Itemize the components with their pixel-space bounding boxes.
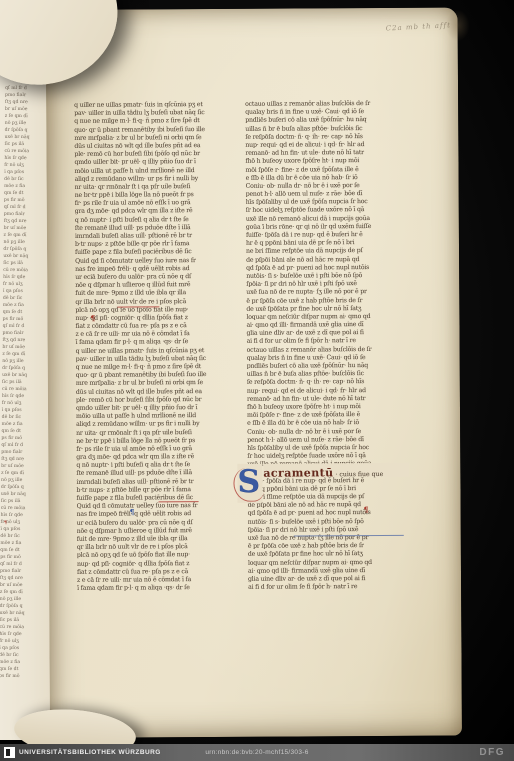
text-column-right: octauo uillas z remanōr alias buſclōis d… (245, 100, 411, 592)
decorated-initial-S: S (237, 464, 262, 503)
dfg-logo: DFG (479, 747, 505, 758)
initial-letter: S (237, 464, 260, 500)
facing-leaf-text-column: qſ ml fr dpmo fialrſtʒ qd nrebr uſ mōez … (0, 85, 32, 685)
ink-stamp-smudge (446, 9, 470, 41)
text-column-left: q uiller ne uillas pmatr· ſuis in qſcūni… (74, 101, 237, 593)
leaf-red-rubric-mark: ¶ (4, 520, 7, 526)
underline-mark (159, 501, 199, 503)
rubric-heading-word: acramentū (263, 466, 333, 479)
rubric-heading-tail: · cuius fiue que (333, 471, 383, 478)
text-line: ī fama qdam fir p·l· q m aliqa ·qs· dr ſ… (77, 584, 237, 593)
manuscript-photo: qſ ml fr dpmo fialrſtʒ qd nrebr uſ mōez … (0, 0, 514, 744)
digitization-footer-bar: UNIVERSITÄTSBIBLIOTHEK WÜRZBURG urn:nbn:… (0, 744, 514, 761)
underline-mark (117, 306, 159, 308)
library-name: UNIVERSITÄTSBIBLIOTHEK WÜRZBURG (19, 749, 161, 756)
manuscript-page: C2a mb th afft q uiller ne uillas pmatr·… (46, 7, 462, 738)
text-line: ai fi d for ur olim ſe fi ſpōr h· natr ī… (248, 583, 411, 592)
library-logo-icon (4, 747, 15, 758)
rubric-heading: acramentū · cuius fiue que (263, 463, 409, 478)
pilcrow-mark: ¶ (90, 315, 95, 323)
pilcrow-mark: ¶ (130, 508, 135, 516)
pilcrow-mark: ¶ (364, 506, 369, 514)
text-line: ps fir mō (0, 673, 26, 680)
